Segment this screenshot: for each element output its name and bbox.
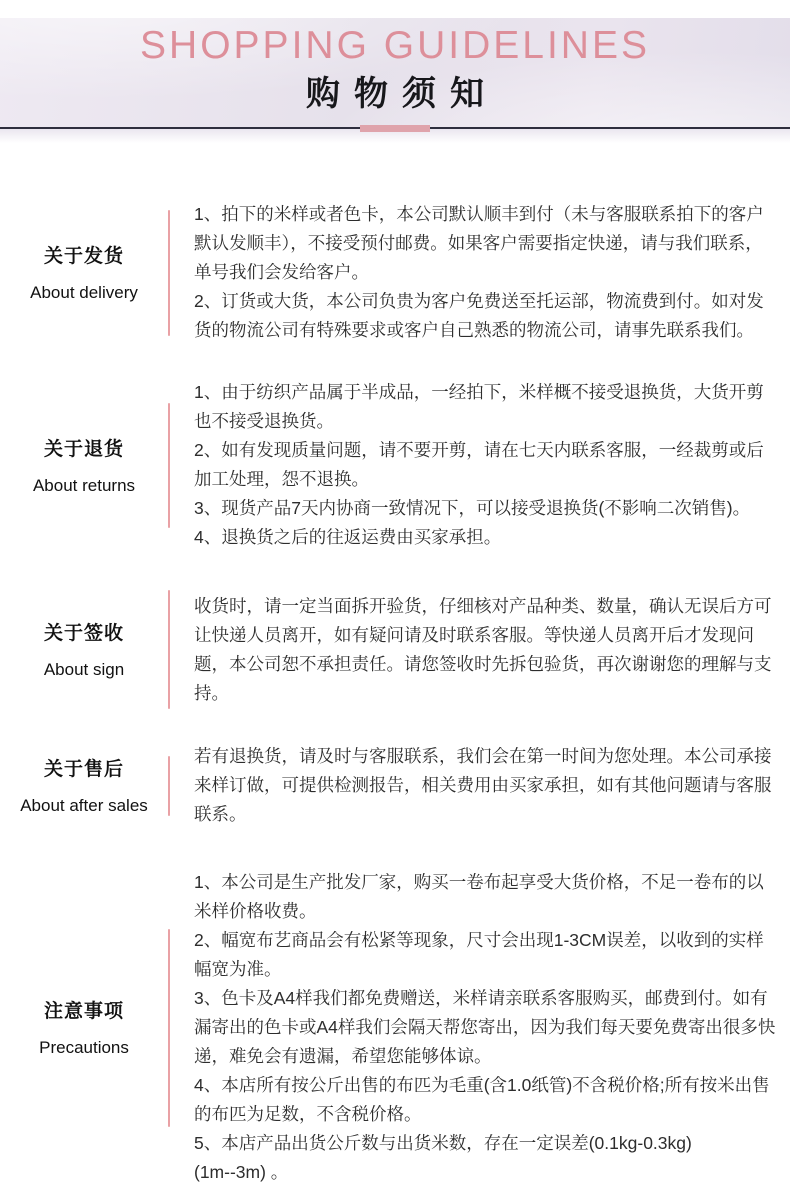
section-paragraph: 1、本公司是生产批发厂家，购买一卷布起享受大货价格，不足一卷布的以米样价格收费。: [194, 868, 777, 926]
section-label-en: Precautions: [39, 1037, 129, 1059]
section-label-en: About returns: [33, 475, 135, 497]
section-content: 1、拍下的米样或者色卡，本公司默认顺丰到付（未与客服联系拍下的客户默认发顺丰），…: [170, 200, 790, 345]
section-paragraph: 2、订货或大货，本公司负贵为客户免费送至托运部，物流费到付。如对发货的物流公司有…: [194, 287, 777, 345]
section-content: 若有退换货，请及时与客服联系，我们会在第一时间为您处理。本公司承接来样订做，可提…: [170, 742, 790, 829]
section-paragraph: 3、色卡及A4样我们都免费赠送，米样请亲联系客服购买，邮费到付。如有漏寄出的色卡…: [194, 984, 777, 1071]
section-label: 关于签收 About sign: [0, 618, 168, 681]
guideline-section-4: 关于售后 About after sales 若有退换货，请及时与客服联系，我们…: [0, 742, 790, 829]
section-paragraph: 1、拍下的米样或者色卡，本公司默认顺丰到付（未与客服联系拍下的客户默认发顺丰），…: [194, 200, 777, 287]
top-margin: [0, 0, 790, 18]
section-paragraph: 若有退换货，请及时与客服联系，我们会在第一时间为您处理。本公司承接来样订做，可提…: [194, 742, 777, 829]
guideline-section-5: 注意事项 Precautions 1、本公司是生产批发厂家，购买一卷布起享受大货…: [0, 868, 790, 1187]
section-paragraph: 3、现货产品7天内协商一致情况下，可以接受退换货(不影响二次销售)。: [194, 494, 777, 523]
section-label-en: About delivery: [30, 282, 138, 304]
section-label: 关于发货 About delivery: [0, 241, 168, 304]
shopping-guidelines-page: SHOPPING GUIDELINES 购物须知 关于发货 About deli…: [0, 0, 790, 1190]
section-paragraph: 2、如有发现质量问题，请不要开剪，请在七天内联系客服，一经裁剪或后加工处理，怨不…: [194, 436, 777, 494]
section-label-en: About sign: [44, 659, 124, 681]
guidelines-list: 关于发货 About delivery 1、拍下的米样或者色卡，本公司默认顺丰到…: [0, 143, 790, 1187]
section-paragraph: 4、退换货之后的往返运费由买家承担。: [194, 523, 777, 552]
section-paragraph: 2、幅宽布艺商品会有松紧等现象，尺寸会出现1-3CM误差，以收到的实样幅宽为准。: [194, 926, 777, 984]
guideline-section-3: 关于签收 About sign 收货时，请一定当面拆开验货，仔细核对产品种类、数…: [0, 590, 790, 709]
section-paragraph: 收货时，请一定当面拆开验货，仔细核对产品种类、数量，确认无误后方可让快递人员离开…: [194, 592, 777, 708]
section-label-zh: 关于退货: [44, 434, 124, 461]
section-label-zh: 关于签收: [44, 618, 124, 645]
section-label-zh: 关于发货: [44, 241, 124, 268]
section-content: 1、本公司是生产批发厂家，购买一卷布起享受大货价格，不足一卷布的以米样价格收费。…: [170, 868, 790, 1187]
section-paragraph: 1、由于纺织产品属于半成品，一经拍下，米样概不接受退换货，大货开剪也不接受退换货…: [194, 378, 777, 436]
section-label: 注意事项 Precautions: [0, 996, 168, 1059]
header-banner: SHOPPING GUIDELINES 购物须知: [0, 18, 790, 129]
header-title-chinese: 购物须知: [0, 74, 790, 114]
guideline-section-2: 关于退货 About returns 1、由于纺织产品属于半成品，一经拍下，米样…: [0, 378, 790, 552]
section-paragraph: 5、本店产品出货公斤数与出货米数，存在一定误差(0.1kg-0.3kg) (1m…: [194, 1129, 777, 1187]
section-content: 1、由于纺织产品属于半成品，一经拍下，米样概不接受退换货，大货开剪也不接受退换货…: [170, 378, 790, 552]
section-label-zh: 注意事项: [44, 996, 124, 1023]
section-content: 收货时，请一定当面拆开验货，仔细核对产品种类、数量，确认无误后方可让快递人员离开…: [170, 592, 790, 708]
section-label: 关于退货 About returns: [0, 434, 168, 497]
section-paragraph: 4、本店所有按公斤出售的布匹为毛重(含1.0纸管)不含税价格;所有按米出售的布匹…: [194, 1071, 777, 1129]
section-label: 关于售后 About after sales: [0, 754, 168, 817]
header-title-english: SHOPPING GUIDELINES: [0, 18, 790, 68]
section-label-zh: 关于售后: [44, 754, 124, 781]
title-underline-accent: [360, 125, 430, 132]
guideline-section-1: 关于发货 About delivery 1、拍下的米样或者色卡，本公司默认顺丰到…: [0, 200, 790, 345]
section-label-en: About after sales: [20, 795, 148, 817]
